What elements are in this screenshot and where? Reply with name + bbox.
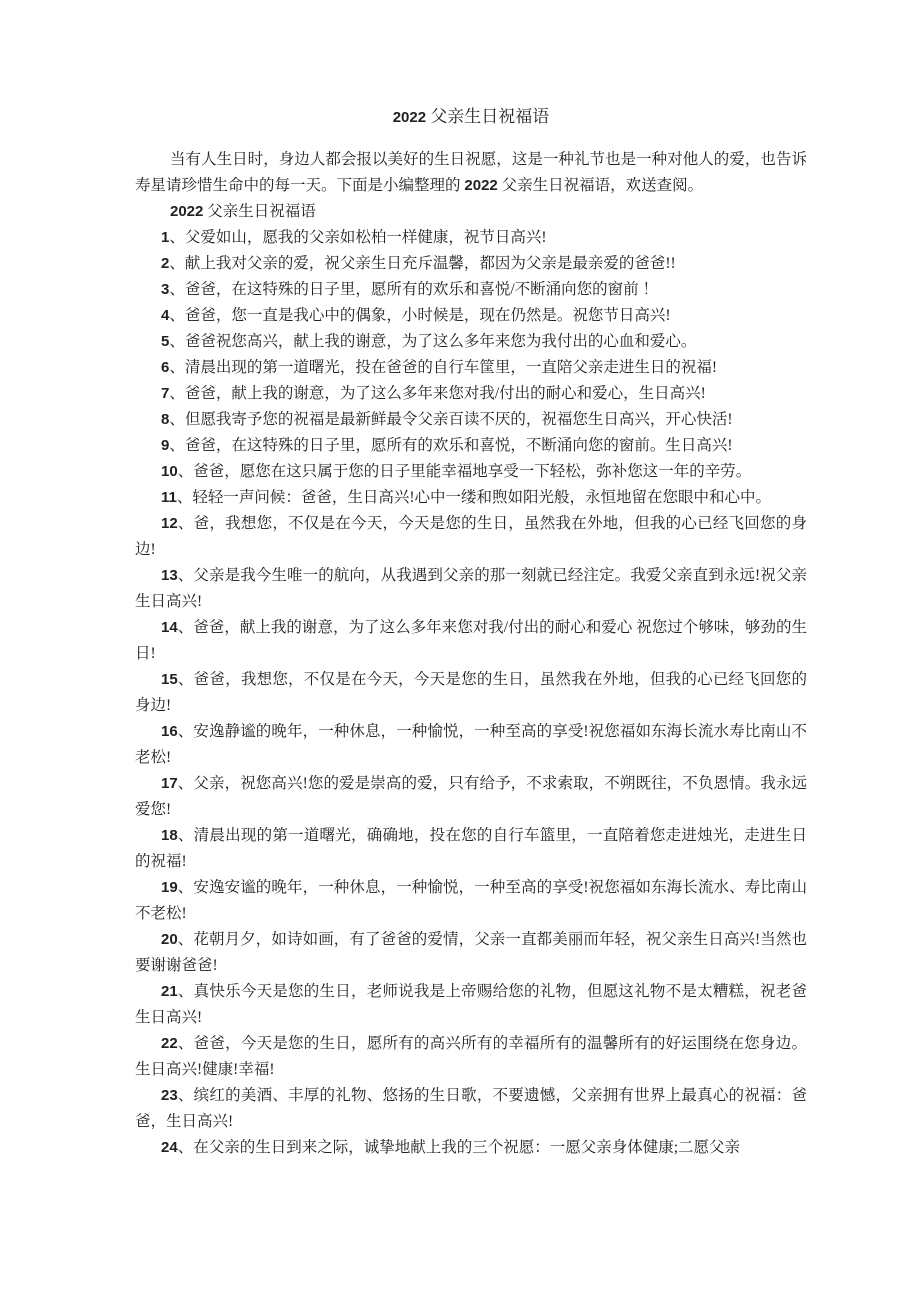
bold-number: 14 [161, 619, 178, 636]
wish-item: 19、安逸安谧的晚年，一种休息，一种愉悦，一种至高的享受!祝您福如东海长流水、寿… [135, 875, 807, 927]
bold-number: 5 [161, 333, 169, 350]
section-subheading: 2022 父亲生日祝福语 [135, 199, 807, 225]
wish-item: 11、轻轻一声问候：爸爸，生日高兴!心中一缕和煦如阳光般，永恒地留在您眼中和心中… [135, 485, 807, 511]
bold-number: 24 [161, 1139, 178, 1156]
bold-number: 2022 [170, 203, 203, 220]
wish-item: 16、安逸静谧的晚年，一种休息，一种愉悦，一种至高的享受!祝您福如东海长流水寿比… [135, 719, 807, 771]
bold-number: 13 [161, 567, 178, 584]
document-title: 2022 父亲生日祝福语 [135, 104, 807, 131]
wish-item: 7、爸爸，献上我的谢意，为了这么多年来您对我/付出的耐心和爱心，生日高兴! [135, 381, 807, 407]
bold-number: 7 [161, 385, 169, 402]
bold-number: 21 [161, 983, 178, 1000]
wish-item: 23、缤红的美酒、丰厚的礼物、悠扬的生日歌，不要遗憾，父亲拥有世界上最真心的祝福… [135, 1083, 807, 1135]
bold-number: 11 [161, 489, 177, 506]
bold-number: 1 [161, 229, 169, 246]
wish-item: 4、爸爸，您一直是我心中的偶象，小时候是，现在仍然是。祝您节日高兴! [135, 303, 807, 329]
intro-paragraph: 当有人生日时，身边人都会报以美好的生日祝愿，这是一种礼节也是一种对他人的爱，也告… [135, 147, 807, 199]
wish-item: 2、献上我对父亲的爱，祝父亲生日充斥温馨，都因为父亲是最亲爱的爸爸!! [135, 251, 807, 277]
wishes-list: 1、父爱如山，愿我的父亲如松柏一样健康，祝节日高兴!2、献上我对父亲的爱，祝父亲… [135, 225, 807, 1161]
wish-item: 15、爸爸，我想您，不仅是在今天，今天是您的生日，虽然我在外地，但我的心已经飞回… [135, 667, 807, 719]
wish-item: 12、爸，我想您，不仅是在今天，今天是您的生日，虽然我在外地，但我的心已经飞回您… [135, 511, 807, 563]
wish-item: 1、父爱如山，愿我的父亲如松柏一样健康，祝节日高兴! [135, 225, 807, 251]
bold-number: 15 [161, 671, 178, 688]
bold-number: 12 [161, 515, 178, 532]
wish-item: 5、爸爸祝您高兴，献上我的谢意，为了这么多年来您为我付出的心血和爱心。 [135, 329, 807, 355]
bold-number: 2022 [464, 177, 497, 194]
document-page: 2022 父亲生日祝福语 当有人生日时，身边人都会报以美好的生日祝愿，这是一种礼… [0, 0, 920, 1302]
wish-item: 21、真快乐今天是您的生日，老师说我是上帝赐给您的礼物，但愿这礼物不是太糟糕，祝… [135, 979, 807, 1031]
wish-item: 14、爸爸，献上我的谢意，为了这么多年来您对我/付出的耐心和爱心 祝您过个够味，… [135, 615, 807, 667]
wish-item: 3、爸爸，在这特殊的日子里，愿所有的欢乐和喜悦/不断涌向您的窗前 ！ [135, 277, 807, 303]
bold-number: 17 [161, 775, 178, 792]
bold-number: 2 [161, 255, 169, 272]
bold-number: 23 [161, 1087, 178, 1104]
bold-number: 9 [161, 437, 169, 454]
wish-item: 18、清晨出现的第一道曙光，确确地，投在您的自行车篮里，一直陪着您走进烛光，走进… [135, 823, 807, 875]
bold-number: 2022 [393, 109, 426, 126]
bold-number: 19 [161, 879, 178, 896]
bold-number: 16 [161, 723, 178, 740]
bold-number: 4 [161, 307, 169, 324]
bold-number: 8 [161, 411, 169, 428]
wish-item: 6、清晨出现的第一道曙光，投在爸爸的自行车筐里，一直陪父亲走进生日的祝福! [135, 355, 807, 381]
wish-item: 10、爸爸，愿您在这只属于您的日子里能幸福地享受一下轻松，弥补您这一年的辛劳。 [135, 459, 807, 485]
wish-item: 13、父亲是我今生唯一的航向，从我遇到父亲的那一刻就已经注定。我爱父亲直到永远!… [135, 563, 807, 615]
bold-number: 3 [161, 281, 169, 298]
wish-item: 20、花朝月夕，如诗如画，有了爸爸的爱情，父亲一直都美丽而年轻，祝父亲生日高兴!… [135, 927, 807, 979]
bold-number: 10 [161, 463, 178, 480]
wish-item: 24、在父亲的生日到来之际，诚挚地献上我的三个祝愿：一愿父亲身体健康;二愿父亲 [135, 1135, 807, 1161]
bold-number: 22 [161, 1035, 178, 1052]
wish-item: 22、爸爸，今天是您的生日，愿所有的高兴所有的幸福所有的温馨所有的好运围绕在您身… [135, 1031, 807, 1083]
wish-item: 8、但愿我寄予您的祝福是最新鲜最令父亲百读不厌的，祝福您生日高兴，开心快活! [135, 407, 807, 433]
bold-number: 20 [161, 931, 178, 948]
bold-number: 6 [161, 359, 169, 376]
bold-number: 18 [161, 827, 178, 844]
wish-item: 9、爸爸，在这特殊的日子里，愿所有的欢乐和喜悦，不断涌向您的窗前。生日高兴! [135, 433, 807, 459]
wish-item: 17、父亲，祝您高兴!您的爱是崇高的爱，只有给予，不求索取，不朔既往，不负恩情。… [135, 771, 807, 823]
